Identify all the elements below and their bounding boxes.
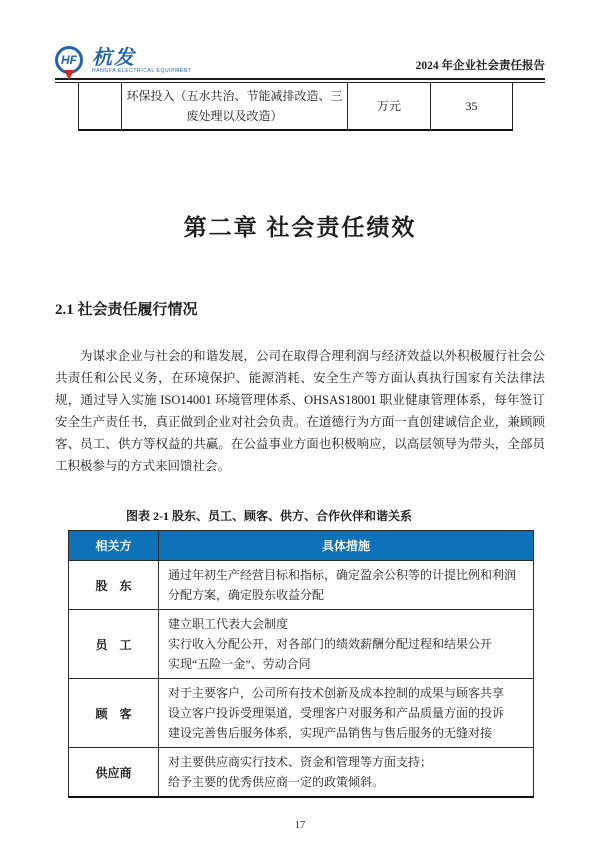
table-row-customer: 顾 客 对于主要客户，公司所有技术创新及成本控制的成果与顾客共享 设立客户投诉受… bbox=[69, 679, 534, 748]
company-logo: HF 杭发 HANGFA ELECTRICAL EQUIPMENT bbox=[55, 46, 192, 76]
party-cell: 员 工 bbox=[69, 610, 159, 679]
figure-caption: 图表 2-1 股东、员工、顾客、供方、合作伙伴和谐关系 bbox=[55, 507, 483, 524]
section-heading: 2.1 社会责任履行情况 bbox=[55, 298, 545, 319]
table-header-row: 相关方 具体措施 bbox=[69, 531, 534, 561]
table-row-shareholder: 股 东 通过年初生产经营目标和指标，确定盈余公积等的计提比例和利润分配方案，确定… bbox=[69, 561, 534, 610]
value-cell: 35 bbox=[431, 83, 513, 130]
measures-cell: 通过年初生产经营目标和指标，确定盈余公积等的计提比例和利润分配方案，确定股东收益… bbox=[159, 561, 534, 610]
logo-text: 杭发 HANGFA ELECTRICAL EQUIPMENT bbox=[92, 48, 192, 74]
page-number: 17 bbox=[55, 820, 545, 831]
unit-cell: 万元 bbox=[348, 83, 431, 130]
chapter-title: 第二章 社会责任绩效 bbox=[55, 209, 545, 242]
page-header: HF 杭发 HANGFA ELECTRICAL EQUIPMENT 2024 年… bbox=[55, 36, 545, 76]
logo-red-wedge-icon bbox=[64, 70, 74, 80]
report-title: 2024 年企业社会责任报告 bbox=[416, 57, 545, 76]
measures-cell: 建立职工代表大会制度 实行收入分配公开，对各部门的绩效薪酬分配过程和结果公开 实… bbox=[159, 610, 534, 679]
table-row-employee: 员 工 建立职工代表大会制度 实行收入分配公开，对各部门的绩效薪酬分配过程和结果… bbox=[69, 610, 534, 679]
party-cell: 股 东 bbox=[69, 561, 159, 610]
brand-subtext: HANGFA ELECTRICAL EQUIPMENT bbox=[92, 68, 192, 74]
item-cell: 环保投入（五水共治、节能减排改造、三废处理以及改造） bbox=[122, 83, 348, 130]
table-row: 环保投入（五水共治、节能减排改造、三废处理以及改造） 万元 35 bbox=[79, 83, 513, 130]
environment-investment-table: 环保投入（五水共治、节能减排改造、三废处理以及改造） 万元 35 bbox=[78, 83, 513, 131]
brand-name: 杭发 bbox=[92, 48, 192, 68]
header-party: 相关方 bbox=[69, 531, 159, 561]
logo-hf-icon: HF bbox=[55, 46, 85, 76]
table-row-supplier: 供应商 对主要供应商实行技术、资金和管理等方面支持； 给予主要的优秀供应商一定的… bbox=[69, 748, 534, 798]
party-cell: 供应商 bbox=[69, 748, 159, 798]
blank-cell bbox=[79, 83, 122, 130]
report-page: HF 杭发 HANGFA ELECTRICAL EQUIPMENT 2024 年… bbox=[0, 0, 600, 854]
stakeholder-measures-table: 相关方 具体措施 股 东 通过年初生产经营目标和指标，确定盈余公积等的计提比例和… bbox=[68, 530, 534, 798]
measures-cell: 对主要供应商实行技术、资金和管理等方面支持； 给予主要的优秀供应商一定的政策倾斜… bbox=[159, 748, 534, 798]
party-cell: 顾 客 bbox=[69, 679, 159, 748]
body-paragraph: 为谋求企业与社会的和谐发展，公司在取得合理利润与经济效益以外积极履行社会公共责任… bbox=[55, 345, 545, 477]
header-measures: 具体措施 bbox=[159, 531, 534, 561]
measures-cell: 对于主要客户，公司所有技术创新及成本控制的成果与顾客共享 设立客户投诉受理渠道，… bbox=[159, 679, 534, 748]
